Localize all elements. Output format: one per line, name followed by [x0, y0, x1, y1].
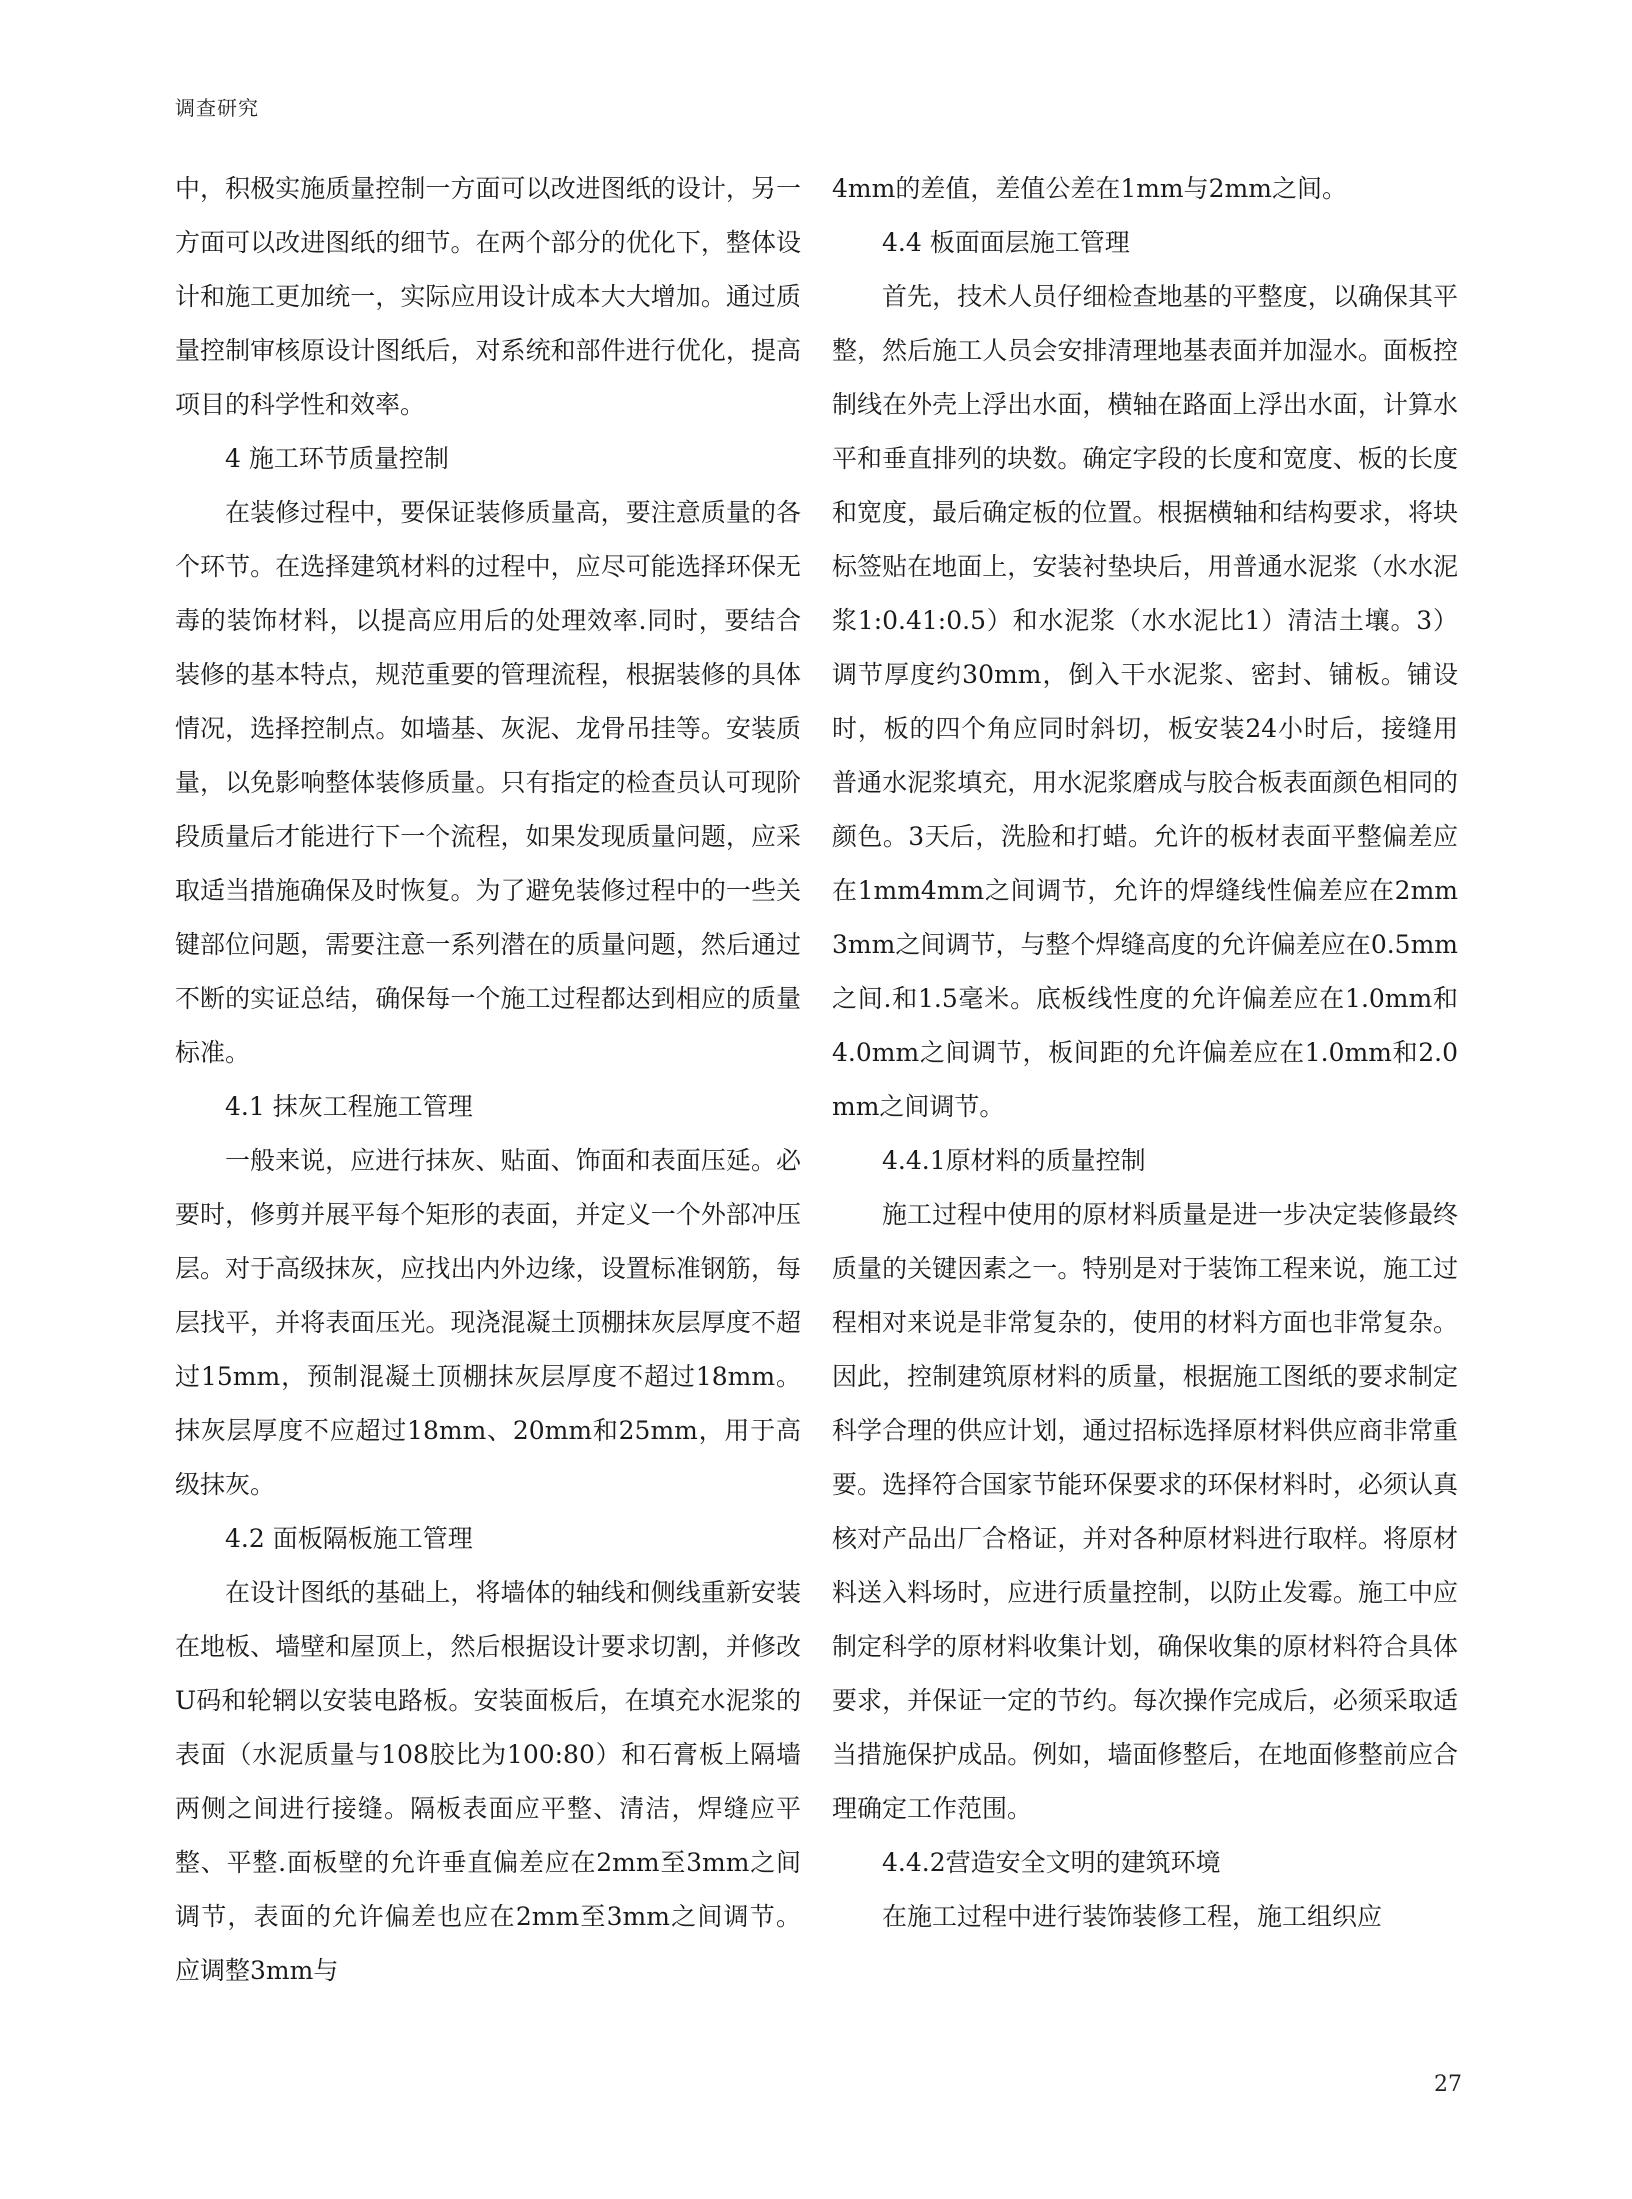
paragraph-body: 在设计图纸的基础上，将墙体的轴线和侧线重新安装在地板、墙壁和屋顶上，然后根据设计… [175, 1566, 801, 1998]
running-head-title: 调查研究 [175, 92, 259, 121]
section-heading-4-4-1: 4.4.1原材料的质量控制 [832, 1134, 1458, 1188]
page-number: 27 [1434, 2072, 1462, 2097]
section-heading-4-4-2: 4.4.2营造安全文明的建筑环境 [832, 1836, 1458, 1890]
section-heading-4-1: 4.1 抹灰工程施工管理 [175, 1080, 801, 1134]
section-heading-4: 4 施工环节质量控制 [175, 432, 801, 486]
paragraph-body: 施工过程中使用的原材料质量是进一步决定装修最终质量的关键因素之一。特别是对于装饰… [832, 1188, 1458, 1836]
paragraph-body: 在施工过程中进行装饰装修工程，施工组织应 [832, 1890, 1458, 1944]
paragraph-continuation: 中，积极实施质量控制一方面可以改进图纸的设计，另一方面可以改进图纸的细节。在两个… [175, 162, 801, 432]
paragraph-body: 首先，技术人员仔细检查地基的平整度，以确保其平整，然后施工人员会安排清理地基表面… [832, 270, 1458, 1134]
right-text-column: 4mm的差值，差值公差在1mm与2mm之间。 4.4 板面面层施工管理 首先，技… [832, 162, 1458, 1944]
paragraph-body: 一般来说，应进行抹灰、贴面、饰面和表面压延。必要时，修剪并展平每个矩形的表面，并… [175, 1134, 801, 1512]
left-text-column: 中，积极实施质量控制一方面可以改进图纸的设计，另一方面可以改进图纸的细节。在两个… [175, 162, 801, 1998]
paragraph-body: 在装修过程中，要保证装修质量高，要注意质量的各个环节。在选择建筑材料的过程中，应… [175, 486, 801, 1080]
paragraph-continuation: 4mm的差值，差值公差在1mm与2mm之间。 [832, 162, 1458, 216]
section-heading-4-2: 4.2 面板隔板施工管理 [175, 1512, 801, 1566]
section-heading-4-4: 4.4 板面面层施工管理 [832, 216, 1458, 270]
